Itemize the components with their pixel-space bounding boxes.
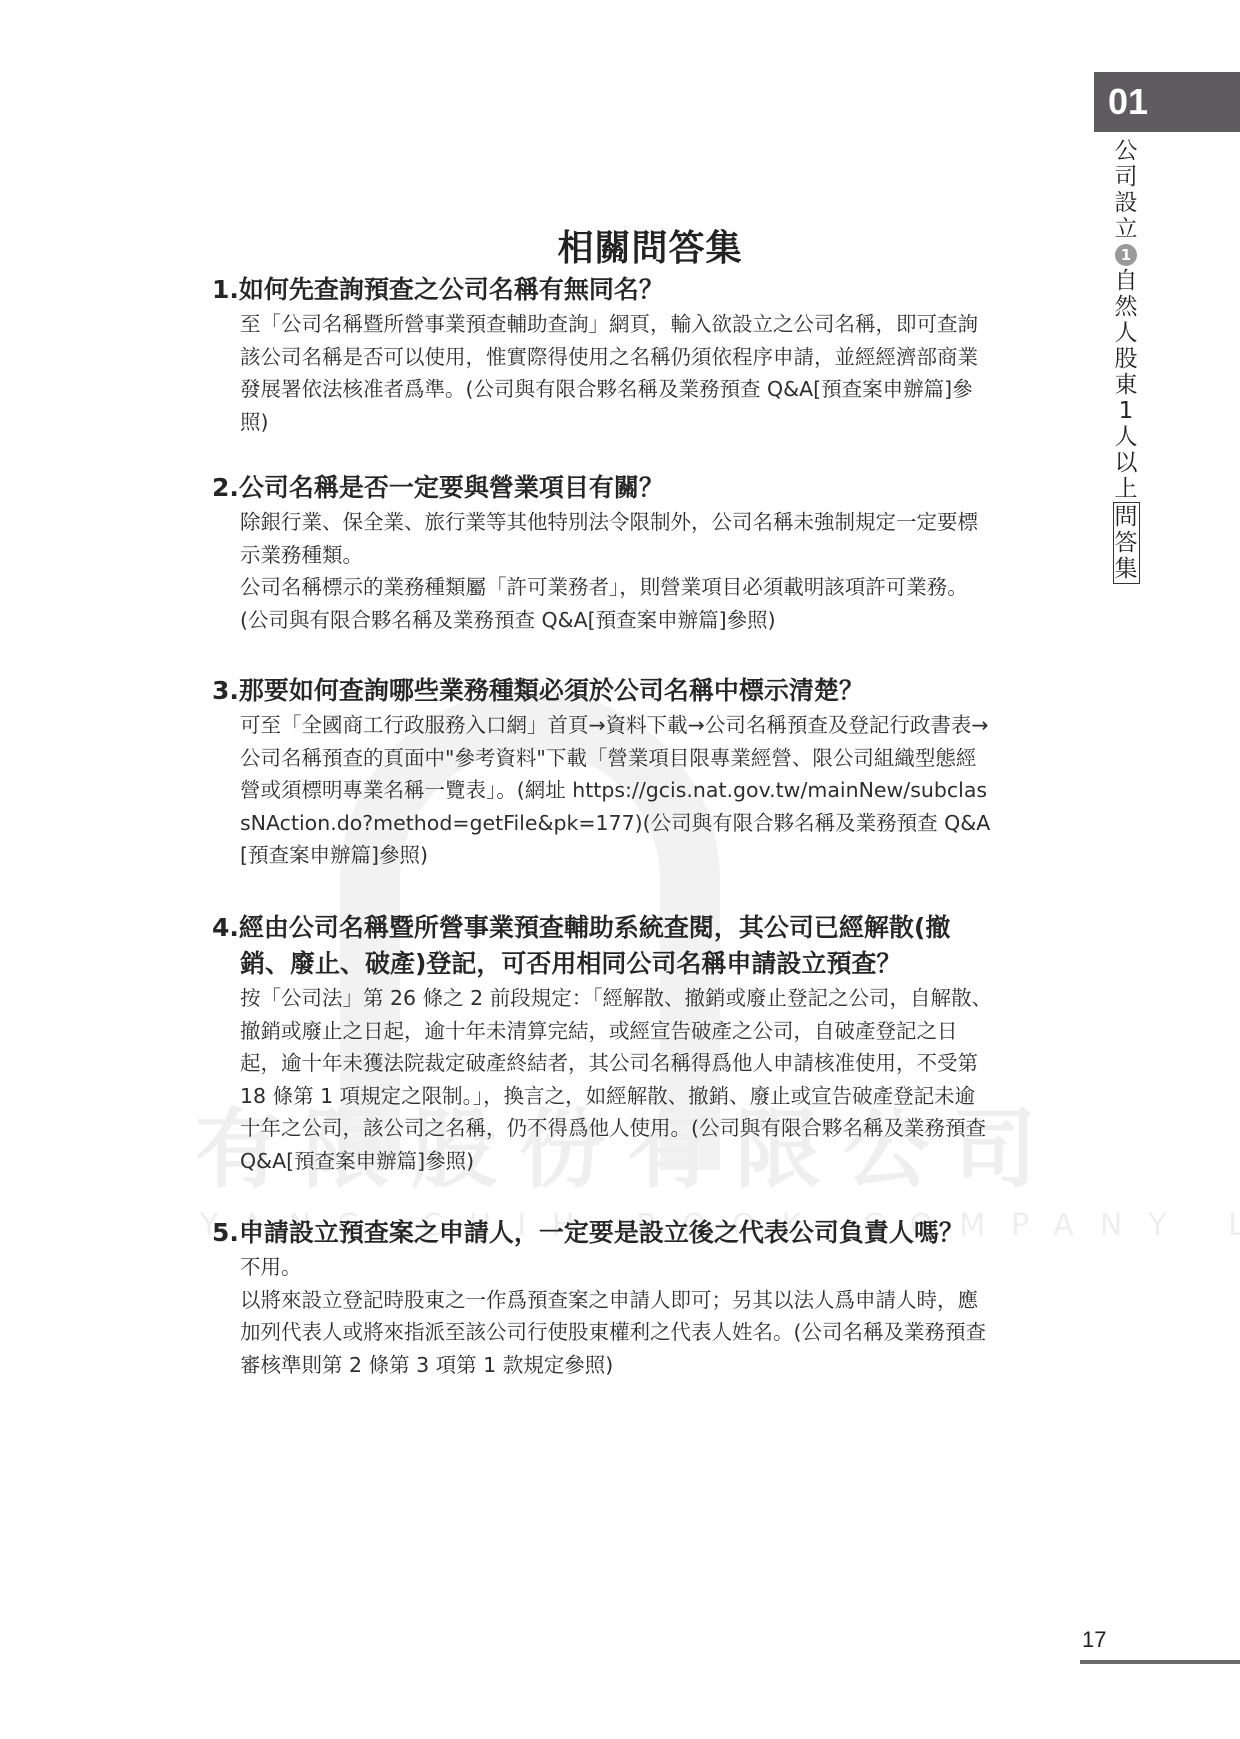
qa-item-1: 1.如何先查詢預查之公司名稱有無同名？ 至「公司名稱暨所營事業預查輔助查詢」網頁… [212,272,992,438]
side-char: 自 [1115,268,1138,294]
answer: 除銀行業、保全業、旅行業等其他特別法令限制外，公司名稱未強制規定一定要標示業務種… [212,506,992,636]
page-number-rule [1080,1660,1240,1664]
side-char: 司 [1115,164,1138,190]
qa-item-3: 3.那要如何查詢哪些業務種類必須於公司名稱中標示清楚？ 可至「全國商工行政服務入… [212,673,992,872]
side-char: 集 [1115,556,1138,582]
question: 1.如何先查詢預查之公司名稱有無同名？ [212,272,992,308]
side-char: 東 [1115,372,1138,398]
qa-item-2: 2.公司名稱是否一定要與營業項目有關？ 除銀行業、保全業、旅行業等其他特別法令限… [212,470,992,636]
answer-paragraph: 公司名稱標示的業務種類屬「許可業務者」，則營業項目必須載明該項許可業務。(公司與… [240,571,992,636]
answer-paragraph: 除銀行業、保全業、旅行業等其他特別法令限制外，公司名稱未強制規定一定要標示業務種… [240,506,992,571]
qa-item-4: 4.經由公司名稱暨所營事業預查輔助系統查閱，其公司已經解散(撤銷、廢止、破產)登… [212,910,992,1177]
answer: 按「公司法」第 26 條之 2 前段規定：「經解散、撤銷或廢止登記之公司，自解散… [212,982,992,1177]
answer: 至「公司名稱暨所營事業預查輔助查詢」網頁，輸入欲設立之公司名稱，即可查詢該公司名… [212,308,992,438]
question: 3.那要如何查詢哪些業務種類必須於公司名稱中標示清楚？ [212,673,992,709]
answer-paragraph: 不用。 [240,1251,992,1284]
question: 4.經由公司名稱暨所營事業預查輔助系統查閱，其公司已經解散(撤銷、廢止、破產)登… [212,910,992,982]
side-char: 以 [1115,450,1138,476]
side-char: 然 [1115,294,1138,320]
chapter-side-title: 公 司 設 立 1 自 然 人 股 東 1 人 以 上 問 答 集 [1112,138,1140,584]
answer: 不用。 以將來設立登記時股東之一作爲預查案之申請人即可；另其以法人爲申請人時，應… [212,1251,992,1381]
side-char: 人 [1115,320,1138,346]
chapter-number: 01 [1108,81,1148,123]
answer: 可至「全國商工行政服務入口網」首頁→資料下載→公司名稱預查及登記行政書表→公司名… [212,709,992,872]
side-char: 人 [1115,424,1138,450]
answer-paragraph: 可至「全國商工行政服務入口網」首頁→資料下載→公司名稱預查及登記行政書表→公司名… [240,709,992,872]
answer-paragraph: 按「公司法」第 26 條之 2 前段規定：「經解散、撤銷或廢止登記之公司，自解散… [240,982,992,1177]
answer-paragraph: 至「公司名稱暨所營事業預查輔助查詢」網頁，輸入欲設立之公司名稱，即可查詢該公司名… [240,308,992,438]
page-number: 17 [1082,1627,1106,1653]
side-char: 問 [1115,504,1138,530]
qa-item-5: 5.申請設立預查案之申請人，一定要是設立後之代表公司負責人嗎？ 不用。 以將來設… [212,1215,992,1381]
side-char: 上 [1115,476,1138,502]
answer-paragraph: 以將來設立登記時股東之一作爲預查案之申請人即可；另其以法人爲申請人時，應加列代表… [240,1284,992,1382]
side-char: 股 [1115,346,1138,372]
side-char: 公 [1115,138,1138,164]
question: 5.申請設立預查案之申請人，一定要是設立後之代表公司負責人嗎？ [212,1215,992,1251]
boxed-label: 問 答 集 [1113,502,1140,584]
side-char: 1 [1119,398,1134,424]
chapter-tab: 01 [1094,72,1240,132]
question: 2.公司名稱是否一定要與營業項目有關？ [212,470,992,506]
side-char: 設 [1115,190,1138,216]
page-title: 相關問答集 [0,220,1240,271]
side-char: 答 [1115,530,1138,556]
